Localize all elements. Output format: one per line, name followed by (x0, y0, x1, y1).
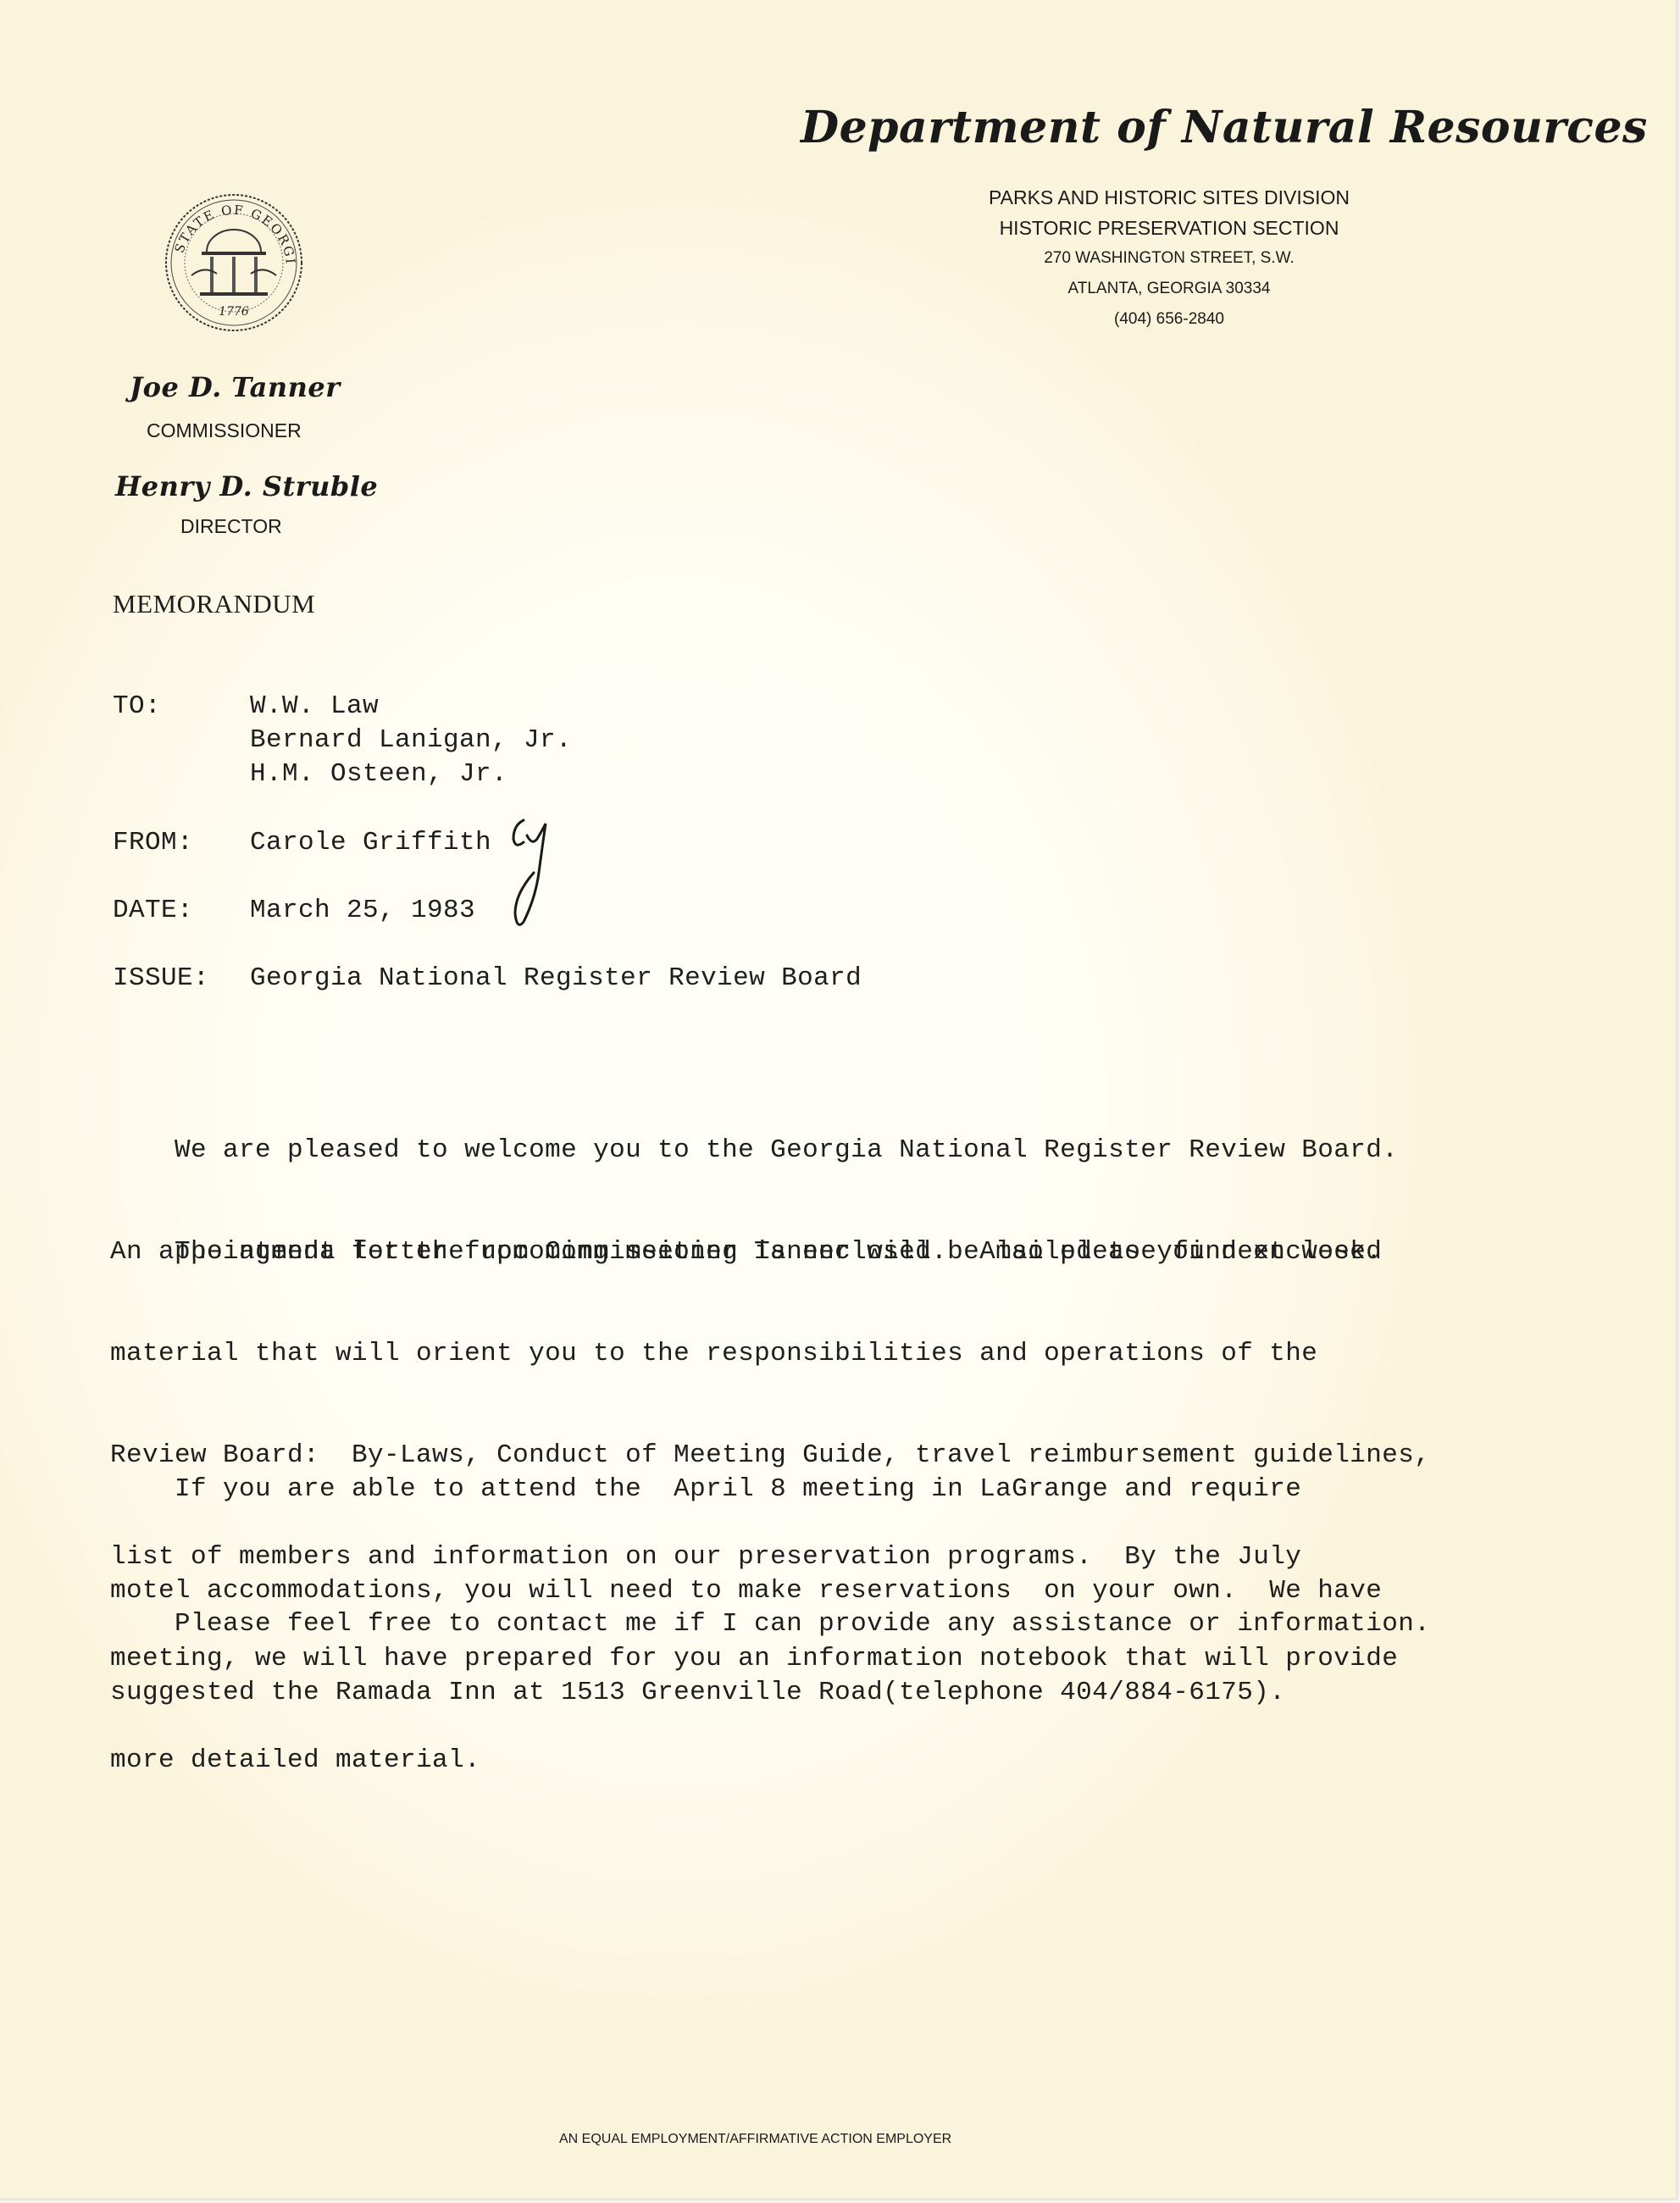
commissioner-name: Joe D. Tanner (130, 371, 341, 403)
director-title: DIRECTOR (180, 515, 282, 538)
to-recipient-1: W.W. Law (250, 691, 379, 721)
street-line: 270 WASHINGTON STREET, S.W. (890, 243, 1449, 274)
body-paragraph-4: Please feel free to contact me if I can … (110, 1540, 1550, 1709)
body-line: material that will orient you to the res… (110, 1337, 1550, 1371)
body-line: If you are able to attend the April 8 me… (110, 1473, 1550, 1507)
department-title: Department of Natural Resources (801, 102, 1648, 153)
state-of-georgia-seal-icon: STATE OF GEORGIA 1776 (158, 191, 310, 335)
svg-text:1776: 1776 (219, 305, 249, 319)
from-label: FROM: (113, 828, 193, 857)
division-line: PARKS AND HISTORIC SITES DIVISION (890, 182, 1449, 213)
date-value: March 25, 1983 (250, 896, 475, 925)
commissioner-title: COMMISSIONER (147, 419, 302, 442)
equal-employment-footer: AN EQUAL EMPLOYMENT/AFFIRMATIVE ACTION E… (559, 2132, 951, 2147)
director-name: Henry D. Struble (115, 470, 378, 502)
to-recipient-2: Bernard Lanigan, Jr. (250, 725, 572, 755)
city-line: ATLANTA, GEORGIA 30334 (890, 274, 1449, 304)
letter-page: Department of Natural Resources PARKS AN… (0, 0, 1678, 2200)
phone-line: (404) 656-2840 (890, 304, 1449, 335)
issue-label: ISSUE: (113, 963, 209, 993)
from-value: Carole Griffith (250, 828, 491, 857)
body-line: The agenda for the upcoming meeting is e… (110, 1235, 1550, 1269)
handwritten-initials-icon (508, 813, 576, 932)
to-recipient-3: H.M. Osteen, Jr. (250, 759, 507, 789)
issue-value: Georgia National Register Review Board (250, 963, 862, 993)
memorandum-heading: MEMORANDUM (113, 589, 315, 619)
address-block: PARKS AND HISTORIC SITES DIVISION HISTOR… (890, 182, 1449, 335)
date-label: DATE: (113, 896, 193, 925)
section-line: HISTORIC PRESERVATION SECTION (890, 213, 1449, 243)
to-label: TO: (113, 691, 161, 721)
body-line: We are pleased to welcome you to the Geo… (110, 1134, 1550, 1168)
body-line: Please feel free to contact me if I can … (110, 1607, 1550, 1641)
